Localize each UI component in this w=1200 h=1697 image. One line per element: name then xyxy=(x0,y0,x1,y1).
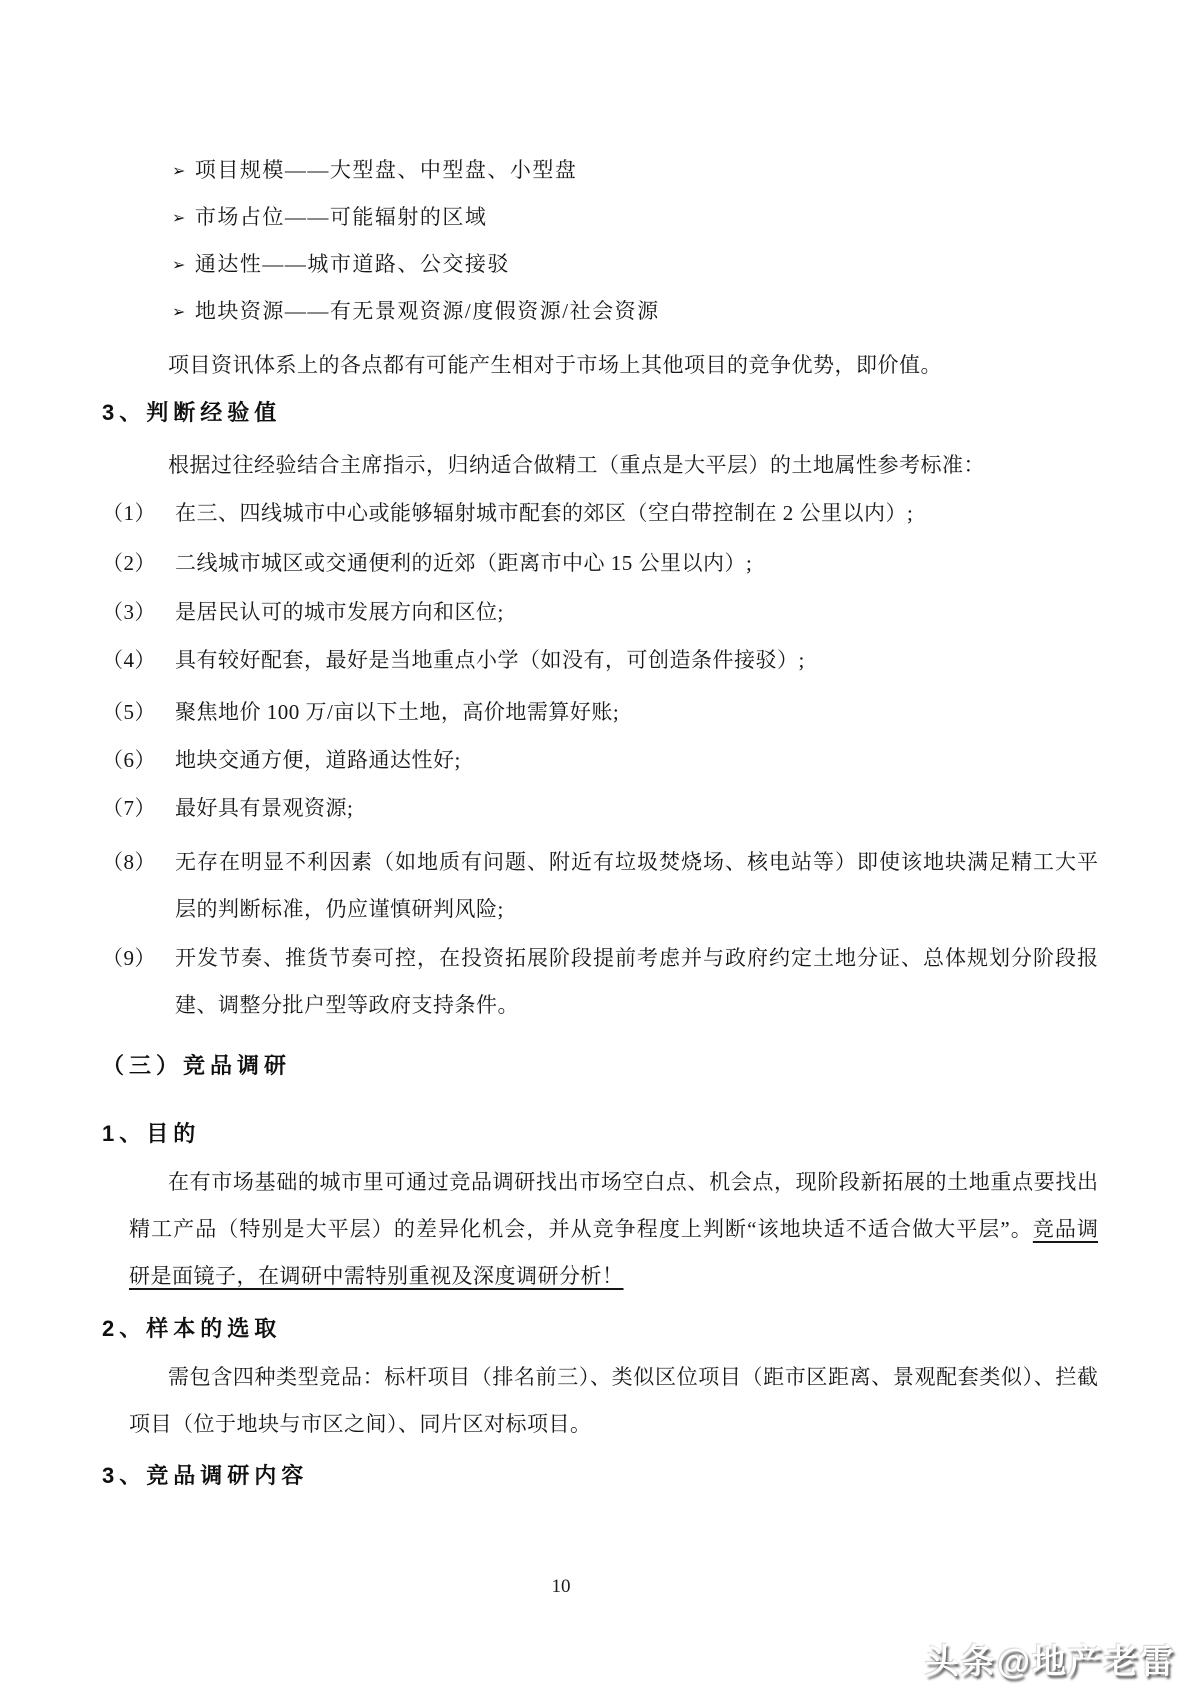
criteria-item-3: （3） 是居民认可的城市发展方向和区位; xyxy=(102,589,1098,636)
item-text: 建、调整分批户型等政府支持条件。 xyxy=(175,982,1098,1029)
criteria-item-4: （4） 具有较好配套，最好是当地重点小学（如没有，可创造条件接驳）; xyxy=(102,637,1098,684)
item-number: （7） xyxy=(102,785,175,832)
item-text: 聚焦地价 100 万/亩以下土地，高价地需算好账; xyxy=(175,689,1098,736)
item-number: （3） xyxy=(102,589,175,636)
heading-competitor-research: （三）竞品调研 xyxy=(102,1042,291,1089)
heading-sample-selection: 2、样本的选取 xyxy=(102,1305,281,1352)
arrow-bullet-icon: ➢ xyxy=(172,147,187,194)
item-number: （8） xyxy=(102,839,175,886)
purpose-line: 在有市场基础的城市里可通过竞品调研找出市场空白点、机会点，现阶段新拓展的土地重点… xyxy=(129,1159,1098,1206)
item-number: （1） xyxy=(102,490,175,537)
criteria-item-2: （2） 二线城市城区或交通便利的近郊（距离市中心 15 公里以内）; xyxy=(102,540,1098,587)
item-text: 无存在明显不利因素（如地质有问题、附近有垃圾焚烧场、核电站等）即使该地块满足精工… xyxy=(175,839,1098,886)
purpose-line: 精工产品（特别是大平层）的差异化机会，并从竞争程度上判断“该地块适不适合做大平层… xyxy=(129,1206,1098,1253)
arrow-bullet-icon: ➢ xyxy=(172,288,187,335)
purpose-text: 精工产品（特别是大平层）的差异化机会，并从竞争程度上判断“该地块适不适合做大平层… xyxy=(129,1217,1033,1241)
bullet-item: ➢项目规模——大型盘、中型盘、小型盘 xyxy=(172,147,660,194)
purpose-emphasis-underline: 研是面镜子，在调研中需特别重视及深度调研分析！ xyxy=(129,1264,624,1288)
watermark: 头条@地产老雷 xyxy=(925,1634,1176,1683)
document-page: ➢项目规模——大型盘、中型盘、小型盘 ➢市场占位——可能辐射的区域 ➢通达性——… xyxy=(0,0,1200,1697)
bullet-text: 地块资源——有无景观资源/度假资源/社会资源 xyxy=(195,299,660,323)
item-text: 最好具有景观资源; xyxy=(175,785,1098,832)
item-number: （9） xyxy=(102,935,175,982)
item-text: 具有较好配套，最好是当地重点小学（如没有，可创造条件接驳）; xyxy=(175,637,1098,684)
criteria-item-1: （1） 在三、四线城市中心或能够辐射城市配套的郊区（空白带控制在 2 公里以内）… xyxy=(102,490,1098,537)
bullet-text: 项目规模——大型盘、中型盘、小型盘 xyxy=(195,158,578,182)
sample-line: 项目（位于地块与市区之间）、同片区对标项目。 xyxy=(129,1401,1098,1448)
heading-judgment-experience: 3、判断经验值 xyxy=(102,389,281,436)
item-text: 层的判断标准，仍应谨慎研判风险; xyxy=(175,886,1098,933)
item-number: （5） xyxy=(102,689,175,736)
bullet-text: 通达性——城市道路、公交接驳 xyxy=(195,252,510,276)
bullet-item: ➢市场占位——可能辐射的区域 xyxy=(172,194,660,241)
arrow-bullet-icon: ➢ xyxy=(172,194,187,241)
criteria-item-9: （9） 开发节奏、推货节奏可控，在投资拓展阶段提前考虑并与政府约定土地分证、总体… xyxy=(102,935,1098,1029)
criteria-item-8: （8） 无存在明显不利因素（如地质有问题、附近有垃圾焚烧场、核电站等）即使该地块… xyxy=(102,839,1098,933)
item-text: 二线城市城区或交通便利的近郊（距离市中心 15 公里以内）; xyxy=(175,540,1098,587)
heading-purpose: 1、目的 xyxy=(102,1110,200,1157)
item-text: 是居民认可的城市发展方向和区位; xyxy=(175,589,1098,636)
item-text: 开发节奏、推货节奏可控，在投资拓展阶段提前考虑并与政府约定土地分证、总体规划分阶… xyxy=(175,935,1098,982)
heading-research-content: 3、竞品调研内容 xyxy=(102,1452,308,1499)
page-number: 10 xyxy=(0,1575,1122,1599)
sample-paragraph: 需包含四种类型竞品：标杆项目（排名前三）、类似区位项目（距市区距离、景观配套类似… xyxy=(129,1354,1098,1448)
purpose-line: 研是面镜子，在调研中需特别重视及深度调研分析！ xyxy=(129,1253,1098,1300)
item-number: （6） xyxy=(102,737,175,784)
item-text: 在三、四线城市中心或能够辐射城市配套的郊区（空白带控制在 2 公里以内）; xyxy=(175,490,1098,537)
item-number: （4） xyxy=(102,637,175,684)
purpose-emphasis-underline: 竞品调 xyxy=(1033,1217,1098,1241)
item-number: （2） xyxy=(102,540,175,587)
sample-line: 需包含四种类型竞品：标杆项目（排名前三）、类似区位项目（距市区距离、景观配套类似… xyxy=(129,1354,1098,1401)
bullet-text: 市场占位——可能辐射的区域 xyxy=(195,205,488,229)
bullet-item: ➢通达性——城市道路、公交接驳 xyxy=(172,241,660,288)
lead-paragraph: 根据过往经验结合主席指示，归纳适合做精工（重点是大平层）的土地属性参考标准： xyxy=(129,442,1098,489)
feature-bullet-list: ➢项目规模——大型盘、中型盘、小型盘 ➢市场占位——可能辐射的区域 ➢通达性——… xyxy=(172,147,660,335)
criteria-item-6: （6） 地块交通方便，道路通达性好; xyxy=(102,737,1098,784)
intro-paragraph: 项目资讯体系上的各点都有可能产生相对于市场上其他项目的竞争优势，即价值。 xyxy=(129,342,1098,389)
item-text: 地块交通方便，道路通达性好; xyxy=(175,737,1098,784)
bullet-item: ➢地块资源——有无景观资源/度假资源/社会资源 xyxy=(172,288,660,335)
arrow-bullet-icon: ➢ xyxy=(172,241,187,288)
criteria-item-7: （7） 最好具有景观资源; xyxy=(102,785,1098,832)
purpose-paragraph: 在有市场基础的城市里可通过竞品调研找出市场空白点、机会点，现阶段新拓展的土地重点… xyxy=(129,1159,1098,1300)
criteria-item-5: （5） 聚焦地价 100 万/亩以下土地，高价地需算好账; xyxy=(102,689,1098,736)
